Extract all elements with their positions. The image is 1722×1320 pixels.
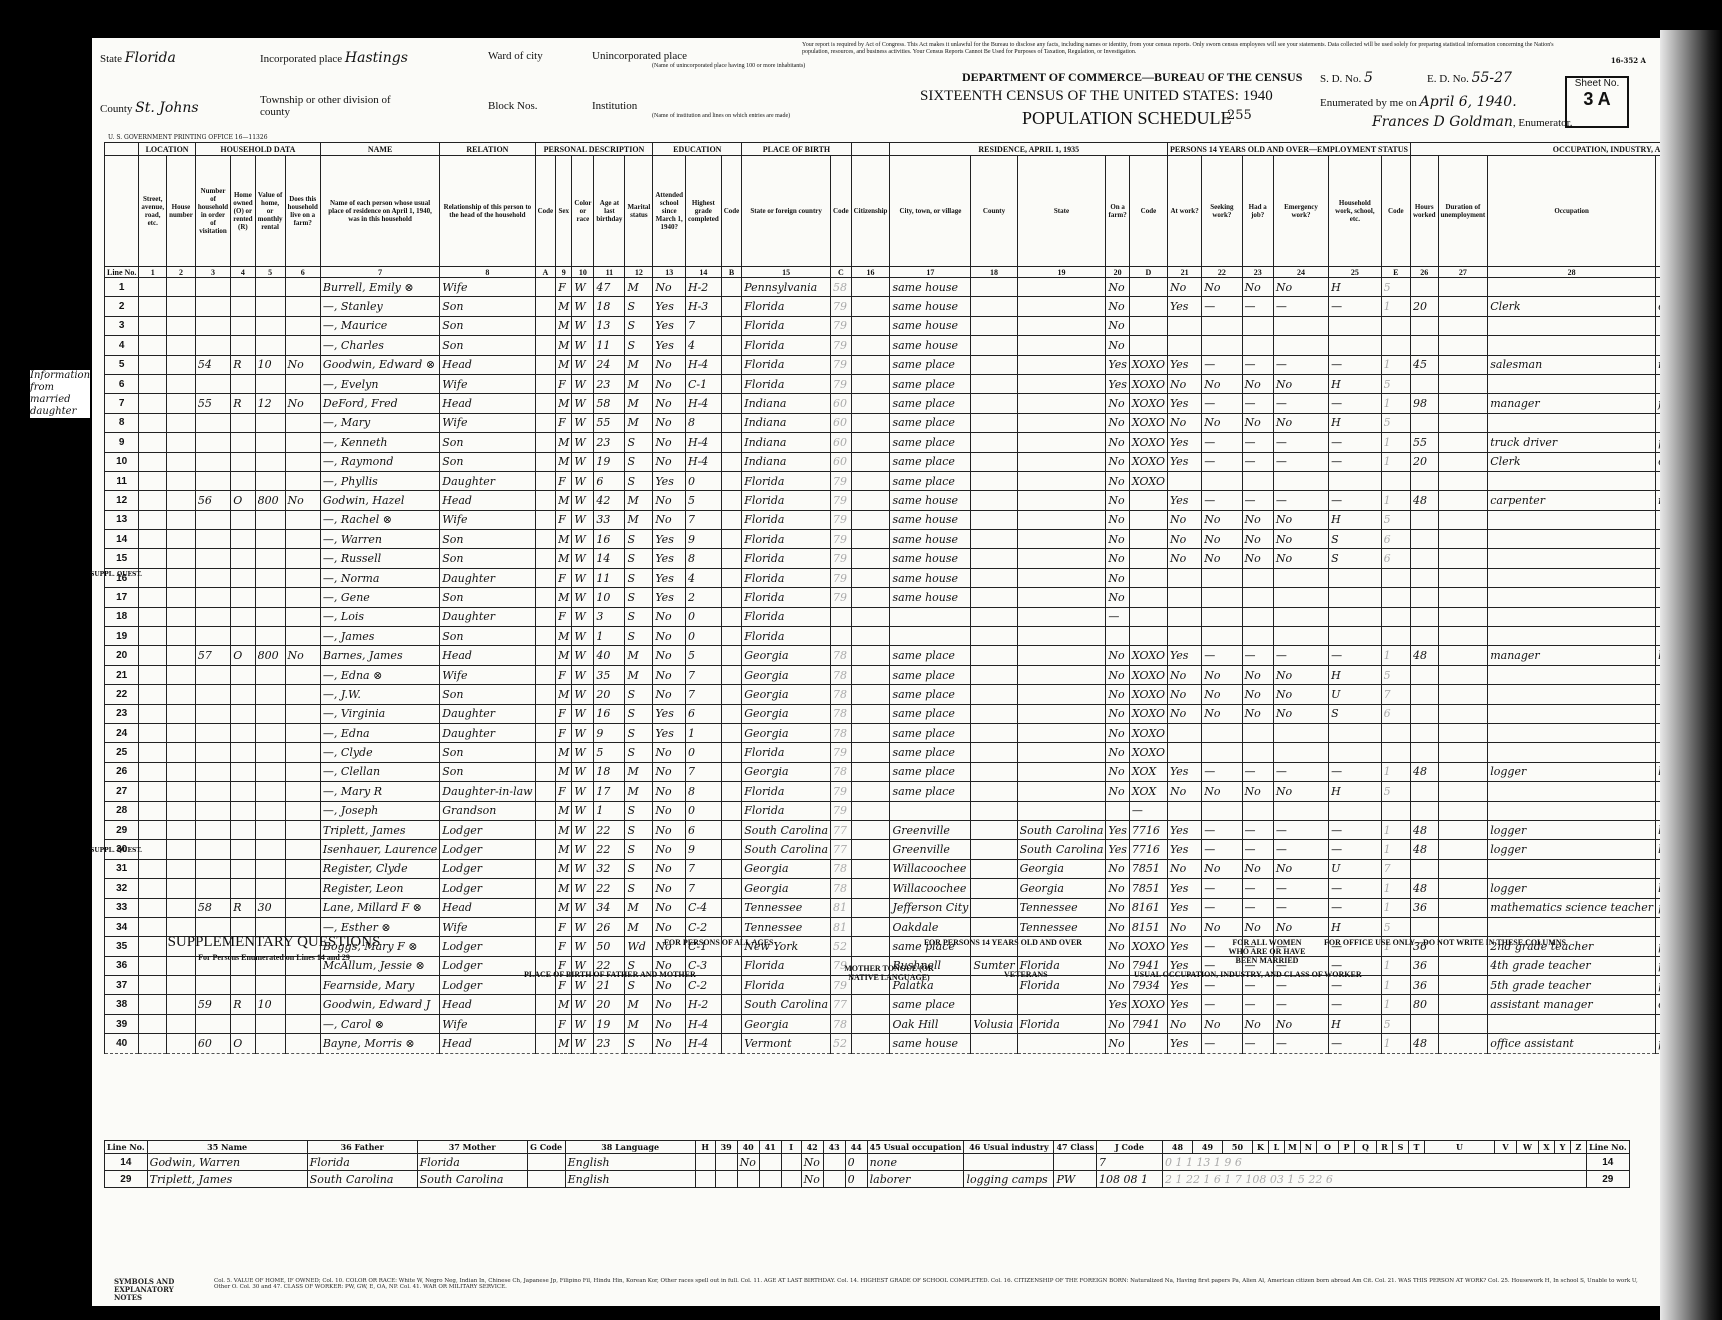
column-number: 18 [971, 267, 1017, 278]
col-seek-cell: No [1202, 1014, 1242, 1033]
col-street-cell [139, 859, 167, 878]
residence-1935-county-cell [971, 665, 1017, 684]
race-cell: W [572, 762, 594, 781]
home-value-cell [255, 627, 285, 646]
column-header: Occupation [1488, 156, 1656, 267]
home-value-cell [255, 723, 285, 742]
highest-grade-cell: 2 [686, 588, 722, 607]
col-job-cell [1242, 336, 1273, 355]
col-hw-cell: — [1329, 879, 1382, 898]
supplementary-column-header: 47 Class [1054, 1141, 1097, 1154]
hours-worked-cell [1410, 568, 1438, 587]
home-value-cell [255, 433, 285, 452]
highest-grade-cell: H-3 [686, 297, 722, 316]
farm-cell [285, 452, 320, 471]
section-birthplace: PLACE OF BIRTH [742, 143, 851, 156]
supp-c42-cell: No [801, 1154, 823, 1171]
owned-or-rented-cell [231, 510, 255, 529]
col-emerg-cell [1273, 627, 1328, 646]
person-name-cell: —, Stanley [320, 297, 439, 316]
col-job-cell: No [1242, 374, 1273, 393]
line-number-cell: 31 [105, 859, 139, 878]
supp-c40-cell: No [737, 1154, 759, 1171]
col-cb-cell [721, 1034, 742, 1053]
relationship-cell: Grandson [440, 801, 535, 820]
col-street-cell [139, 278, 167, 297]
col-ce-cell: 7 [1381, 685, 1410, 704]
col-atwork-cell: No [1167, 374, 1201, 393]
col-ce-cell: 1 [1381, 394, 1410, 413]
sex-cell: M [556, 859, 572, 878]
col-cd-cell: XOXO [1129, 685, 1167, 704]
col-ce-cell: 1 [1381, 840, 1410, 859]
household-number-cell [195, 685, 230, 704]
farm-cell [285, 704, 320, 723]
col-hw-cell: — [1329, 297, 1382, 316]
owned-or-rented-cell [231, 627, 255, 646]
attended-school-cell: No [653, 510, 686, 529]
col-cb-cell [721, 879, 742, 898]
col-job-cell: — [1242, 898, 1273, 917]
col-house-cell [167, 413, 196, 432]
birthplace-cell: Florida [742, 549, 831, 568]
col-cb-cell [721, 627, 742, 646]
col-cd-cell: XOXO [1129, 471, 1167, 490]
column-number: A [535, 267, 556, 278]
highest-grade-cell: 7 [686, 685, 722, 704]
residence-1935-city-cell: same place [890, 374, 971, 393]
highest-grade-cell: 9 [686, 840, 722, 859]
birthplace-cell: Indiana [742, 433, 831, 452]
supplementary-column-header: Q [1354, 1141, 1376, 1154]
highest-grade-cell: 7 [686, 859, 722, 878]
residence-1935-city-cell: same place [890, 743, 971, 762]
owned-or-rented-cell: R [231, 995, 255, 1014]
farm-cell [285, 607, 320, 626]
sd-value: 5 [1364, 70, 1373, 86]
residence-1935-county-cell [971, 491, 1017, 510]
col-ce-cell: 6 [1381, 704, 1410, 723]
col-ce-cell: 5 [1381, 782, 1410, 801]
col-ce-cell: 1 [1381, 1034, 1410, 1053]
supplementary-column-header: 35 Name [147, 1141, 307, 1154]
col-cit-cell [851, 316, 890, 335]
sex-cell: F [556, 510, 572, 529]
col-dur-cell [1438, 278, 1488, 297]
census-row: 39—, Carol ⊗WifeFW19MNoH-4Georgia78Oak H… [105, 1014, 1722, 1033]
home-value-cell: 10 [255, 995, 285, 1014]
col-cd-cell [1129, 549, 1167, 568]
highest-grade-cell: H-4 [686, 355, 722, 374]
household-number-cell [195, 820, 230, 839]
hours-worked-cell [1410, 510, 1438, 529]
line-number-cell: 37 [105, 976, 139, 995]
col-cc-cell: 58 [831, 278, 852, 297]
section-relation: RELATION [440, 143, 535, 156]
column-number: 17 [890, 267, 971, 278]
col-job-cell: — [1242, 355, 1273, 374]
highest-grade-cell: 1 [686, 723, 722, 742]
residence-1935-city-cell: same place [890, 433, 971, 452]
birthplace-parents-header: PLACE OF BIRTH OF FATHER AND MOTHER [524, 970, 696, 979]
col-house-cell [167, 433, 196, 452]
supplementary-column-header: U [1424, 1141, 1494, 1154]
age-cell: 50 [594, 937, 625, 956]
col-cc-cell: 79 [831, 316, 852, 335]
birthplace-cell: Georgia [742, 879, 831, 898]
home-value-cell [255, 1014, 285, 1033]
col-cc-cell: 79 [831, 374, 852, 393]
col-hw-cell: — [1329, 646, 1382, 665]
col-ce-cell [1381, 471, 1410, 490]
relationship-cell: Son [440, 762, 535, 781]
age-cell: 55 [594, 413, 625, 432]
col-street-cell [139, 336, 167, 355]
col-onfarm-cell: No [1106, 898, 1129, 917]
home-value-cell [255, 549, 285, 568]
hours-worked-cell: 20 [1410, 297, 1438, 316]
supp-c39-cell [715, 1171, 737, 1188]
census-row: 6—, EvelynWifeFW23MNoC-1Florida79same pl… [105, 374, 1722, 393]
attended-school-cell: No [653, 801, 686, 820]
col-job-cell: — [1242, 995, 1273, 1014]
col-house-cell [167, 782, 196, 801]
household-number-cell [195, 374, 230, 393]
residence-1935-county-cell [971, 568, 1017, 587]
col-street-cell [139, 568, 167, 587]
col-cd-cell [1129, 510, 1167, 529]
office-use-codes: 0 1 1 13 1 9 6 [1162, 1154, 1586, 1171]
col-hw-cell: — [1329, 1034, 1382, 1053]
col-cd-cell: 7851 [1129, 859, 1167, 878]
section-household: HOUSEHOLD DATA [195, 143, 320, 156]
sex-cell: M [556, 549, 572, 568]
col-emerg-cell: No [1273, 413, 1328, 432]
occupation-cell [1488, 917, 1656, 936]
col-ca-cell [535, 374, 556, 393]
person-name-cell: Lane, Millard F ⊗ [320, 898, 439, 917]
col-onfarm-cell [1106, 627, 1129, 646]
owned-or-rented-cell [231, 471, 255, 490]
residence-1935-city-cell [890, 607, 971, 626]
col-street-cell [139, 820, 167, 839]
supplementary-column-header: T [1408, 1141, 1424, 1154]
residence-1935-city-cell: same place [890, 452, 971, 471]
col-onfarm-cell: No [1106, 336, 1129, 355]
attended-school-cell: No [653, 394, 686, 413]
col-emerg-cell [1273, 336, 1328, 355]
col-ce-cell: 7 [1381, 859, 1410, 878]
relationship-cell: Son [440, 685, 535, 704]
col-cit-cell [851, 665, 890, 684]
col-cd-cell: 8161 [1129, 898, 1167, 917]
column-number: 27 [1438, 267, 1488, 278]
census-row: 29Triplett, JamesLodgerMW22SNo6South Car… [105, 820, 1722, 839]
col-dur-cell [1438, 685, 1488, 704]
line-number-cell: 20 [105, 646, 139, 665]
col-cb-cell [721, 491, 742, 510]
col-dur-cell [1438, 1034, 1488, 1053]
race-cell: W [572, 568, 594, 587]
owned-or-rented-cell: O [231, 1034, 255, 1053]
col-atwork-cell: Yes [1167, 394, 1201, 413]
institution-field: Institution [592, 100, 637, 112]
person-name-cell: —, Carol ⊗ [320, 1014, 439, 1033]
household-number-cell [195, 743, 230, 762]
col-atwork-cell [1167, 607, 1201, 626]
col-street-cell [139, 840, 167, 859]
col-cd-cell: XOXO [1129, 665, 1167, 684]
enumerated-date-field: Enumerated by me on April 6, 1940. [1320, 94, 1517, 110]
household-number-cell [195, 297, 230, 316]
age-cell: 11 [594, 336, 625, 355]
column-number: 20 [1106, 267, 1129, 278]
sex-cell: M [556, 433, 572, 452]
col-onfarm-cell: No [1106, 743, 1129, 762]
col-house-cell [167, 549, 196, 568]
sex-cell: M [556, 762, 572, 781]
person-name-cell: —, Virginia [320, 704, 439, 723]
residence-1935-city-cell: Oakdale [890, 917, 971, 936]
residence-1935-city-cell: same house [890, 336, 971, 355]
age-cell: 6 [594, 471, 625, 490]
home-value-cell [255, 316, 285, 335]
col-cit-cell [851, 355, 890, 374]
line-number-cell: 39 [105, 1014, 139, 1033]
supplementary-column-header: Z [1570, 1141, 1586, 1154]
col-ca-cell [535, 433, 556, 452]
age-cell: 1 [594, 801, 625, 820]
sex-cell: F [556, 937, 572, 956]
col-cit-cell [851, 510, 890, 529]
home-value-cell [255, 976, 285, 995]
col-onfarm-cell: — [1106, 607, 1129, 626]
col-job-cell: No [1242, 859, 1273, 878]
birthplace-cell: Florida [742, 743, 831, 762]
sd-field: S. D. No. 5 [1320, 70, 1373, 86]
col-hw-cell [1329, 568, 1382, 587]
relationship-cell: Wife [440, 917, 535, 936]
census-row: 10—, RaymondSonMW19SNoH-4Indiana60same p… [105, 452, 1722, 471]
column-header-row: Street, avenue, road, etc.House numberNu… [105, 156, 1722, 267]
owned-or-rented-cell [231, 840, 255, 859]
supplementary-column-header: X [1538, 1141, 1554, 1154]
residence-1935-county-cell [971, 898, 1017, 917]
residence-1935-city-cell: same house [890, 297, 971, 316]
col-house-cell [167, 704, 196, 723]
residence-1935-city-cell: same house [890, 568, 971, 587]
col-house-cell [167, 394, 196, 413]
col-onfarm-cell: No [1106, 316, 1129, 335]
col-cb-cell [721, 762, 742, 781]
race-cell: W [572, 355, 594, 374]
household-number-cell [195, 530, 230, 549]
age-cell: 18 [594, 297, 625, 316]
column-number: 6 [285, 267, 320, 278]
state-field: State Florida [100, 50, 176, 66]
col-seek-cell: No [1202, 413, 1242, 432]
col-hw-cell: H [1329, 1014, 1382, 1033]
attended-school-cell: Yes [653, 588, 686, 607]
column-header: State or foreign country [742, 156, 831, 267]
birthplace-cell: Florida [742, 801, 831, 820]
col-cb-cell [721, 723, 742, 742]
col-ca-cell [535, 1034, 556, 1053]
residence-1935-city-cell: same house [890, 491, 971, 510]
col-cc-cell: 79 [831, 568, 852, 587]
col-ca-cell [535, 510, 556, 529]
highest-grade-cell: 0 [686, 801, 722, 820]
col-dur-cell [1438, 471, 1488, 490]
supp-c44-cell: 0 [845, 1171, 867, 1188]
relationship-cell: Wife [440, 1014, 535, 1033]
col-cc-cell: 81 [831, 898, 852, 917]
farm-cell: No [285, 491, 320, 510]
age-cell: 20 [594, 995, 625, 1014]
race-cell: W [572, 1034, 594, 1053]
col-street-cell [139, 491, 167, 510]
supplementary-column-header: Y [1554, 1141, 1570, 1154]
col-cd-cell [1129, 627, 1167, 646]
col-ca-cell [535, 1014, 556, 1033]
farm-cell [285, 568, 320, 587]
column-number: 14 [686, 267, 722, 278]
owned-or-rented-cell [231, 665, 255, 684]
col-emerg-cell: — [1273, 995, 1328, 1014]
residence-1935-county-cell [971, 607, 1017, 626]
household-number-cell [195, 879, 230, 898]
col-house-cell [167, 976, 196, 995]
sex-cell: M [556, 646, 572, 665]
col-cit-cell [851, 840, 890, 859]
col-street-cell [139, 743, 167, 762]
hours-worked-cell: 80 [1410, 995, 1438, 1014]
residence-1935-city-cell: same place [890, 471, 971, 490]
col-cit-cell [851, 413, 890, 432]
occupation-cell: mathematics science teacher [1488, 898, 1656, 917]
col-hw-cell: U [1329, 685, 1382, 704]
column-number: 2 [167, 267, 196, 278]
col-emerg-cell: No [1273, 859, 1328, 878]
attended-school-cell: No [653, 820, 686, 839]
column-header: Emergency work? [1273, 156, 1328, 267]
census-row: 14—, WarrenSonMW16SYes9Florida79same hou… [105, 530, 1722, 549]
col-emerg-cell: — [1273, 491, 1328, 510]
col-onfarm-cell: No [1106, 452, 1129, 471]
col-emerg-cell [1273, 316, 1328, 335]
col-emerg-cell [1273, 723, 1328, 742]
population-table: LOCATION HOUSEHOLD DATA NAME RELATION PE… [104, 142, 1722, 1054]
col-hw-cell [1329, 336, 1382, 355]
col-cd-cell [1129, 491, 1167, 510]
age-cell: 22 [594, 840, 625, 859]
owned-or-rented-cell [231, 762, 255, 781]
birthplace-cell: Florida [742, 316, 831, 335]
column-header: Marital status [625, 156, 653, 267]
col-house-cell [167, 743, 196, 762]
line-number-cell: 18 [105, 607, 139, 626]
hours-worked-cell: 45 [1410, 355, 1438, 374]
col-atwork-cell: No [1167, 1014, 1201, 1033]
line-number-cell: 33 [105, 898, 139, 917]
owned-or-rented-cell: O [231, 491, 255, 510]
census-row: 32Register, LeonLodgerMW22SNo7Georgia78W… [105, 879, 1722, 898]
col-ca-cell [535, 646, 556, 665]
col-hw-cell: — [1329, 491, 1382, 510]
sex-cell: M [556, 685, 572, 704]
farm-cell [285, 976, 320, 995]
supplementary-column-header: M [1284, 1141, 1300, 1154]
residence-1935-city-cell: same place [890, 704, 971, 723]
col-job-cell [1242, 607, 1273, 626]
col-ce-cell [1381, 627, 1410, 646]
column-number: 8 [440, 267, 535, 278]
col-hw-cell: — [1329, 762, 1382, 781]
col-atwork-cell [1167, 316, 1201, 335]
occupation-cell: office assistant [1488, 1034, 1656, 1053]
col-house-cell [167, 588, 196, 607]
relationship-cell: Head [440, 355, 535, 374]
highest-grade-cell: 5 [686, 646, 722, 665]
col-cit-cell [851, 627, 890, 646]
col-emerg-cell [1273, 801, 1328, 820]
column-header: City, town, or village [890, 156, 971, 267]
col-cb-cell [721, 1014, 742, 1033]
col-seek-cell: — [1202, 820, 1242, 839]
relationship-cell: Lodger [440, 956, 535, 975]
col-cit-cell [851, 336, 890, 355]
birthplace-cell: Georgia [742, 723, 831, 742]
col-dur-cell [1438, 976, 1488, 995]
col-ce-cell [1381, 723, 1410, 742]
col-ca-cell [535, 762, 556, 781]
col-emerg-cell [1273, 607, 1328, 626]
marital-status-cell: S [625, 316, 653, 335]
sex-cell: M [556, 743, 572, 762]
marital-status-cell: M [625, 491, 653, 510]
col-dur-cell [1438, 956, 1488, 975]
race-cell: W [572, 898, 594, 917]
col-cc-cell: 78 [831, 704, 852, 723]
birthplace-cell: Florida [742, 530, 831, 549]
age-cell: 10 [594, 588, 625, 607]
residence-1935-city-cell: same place [890, 413, 971, 432]
col-ce-cell: 1 [1381, 646, 1410, 665]
col-cc-cell: 79 [831, 782, 852, 801]
census-row: 13—, Rachel ⊗WifeFW33MNo7Florida79same h… [105, 510, 1722, 529]
col-cb-cell [721, 801, 742, 820]
col-seek-cell [1202, 743, 1242, 762]
col-job-cell [1242, 743, 1273, 762]
col-hw-cell [1329, 607, 1382, 626]
col-hw-cell: H [1329, 374, 1382, 393]
col-seek-cell: No [1202, 782, 1242, 801]
col-job-cell: — [1242, 433, 1273, 452]
residence-1935-state-cell [1017, 1034, 1106, 1053]
col-dur-cell [1438, 491, 1488, 510]
residence-1935-state-cell: Tennessee [1017, 917, 1106, 936]
person-name-cell: —, Lois [320, 607, 439, 626]
highest-grade-cell: H-4 [686, 433, 722, 452]
person-name-cell: Godwin, Hazel [320, 491, 439, 510]
section-employment: PERSONS 14 YEARS OLD AND OVER—EMPLOYMENT… [1167, 143, 1410, 156]
household-number-cell: 56 [195, 491, 230, 510]
col-ca-cell [535, 723, 556, 742]
line-number-cell: 17 [105, 588, 139, 607]
farm-cell [285, 510, 320, 529]
supp-c40-cell [737, 1171, 759, 1188]
supplementary-column-header: 50 [1222, 1141, 1252, 1154]
